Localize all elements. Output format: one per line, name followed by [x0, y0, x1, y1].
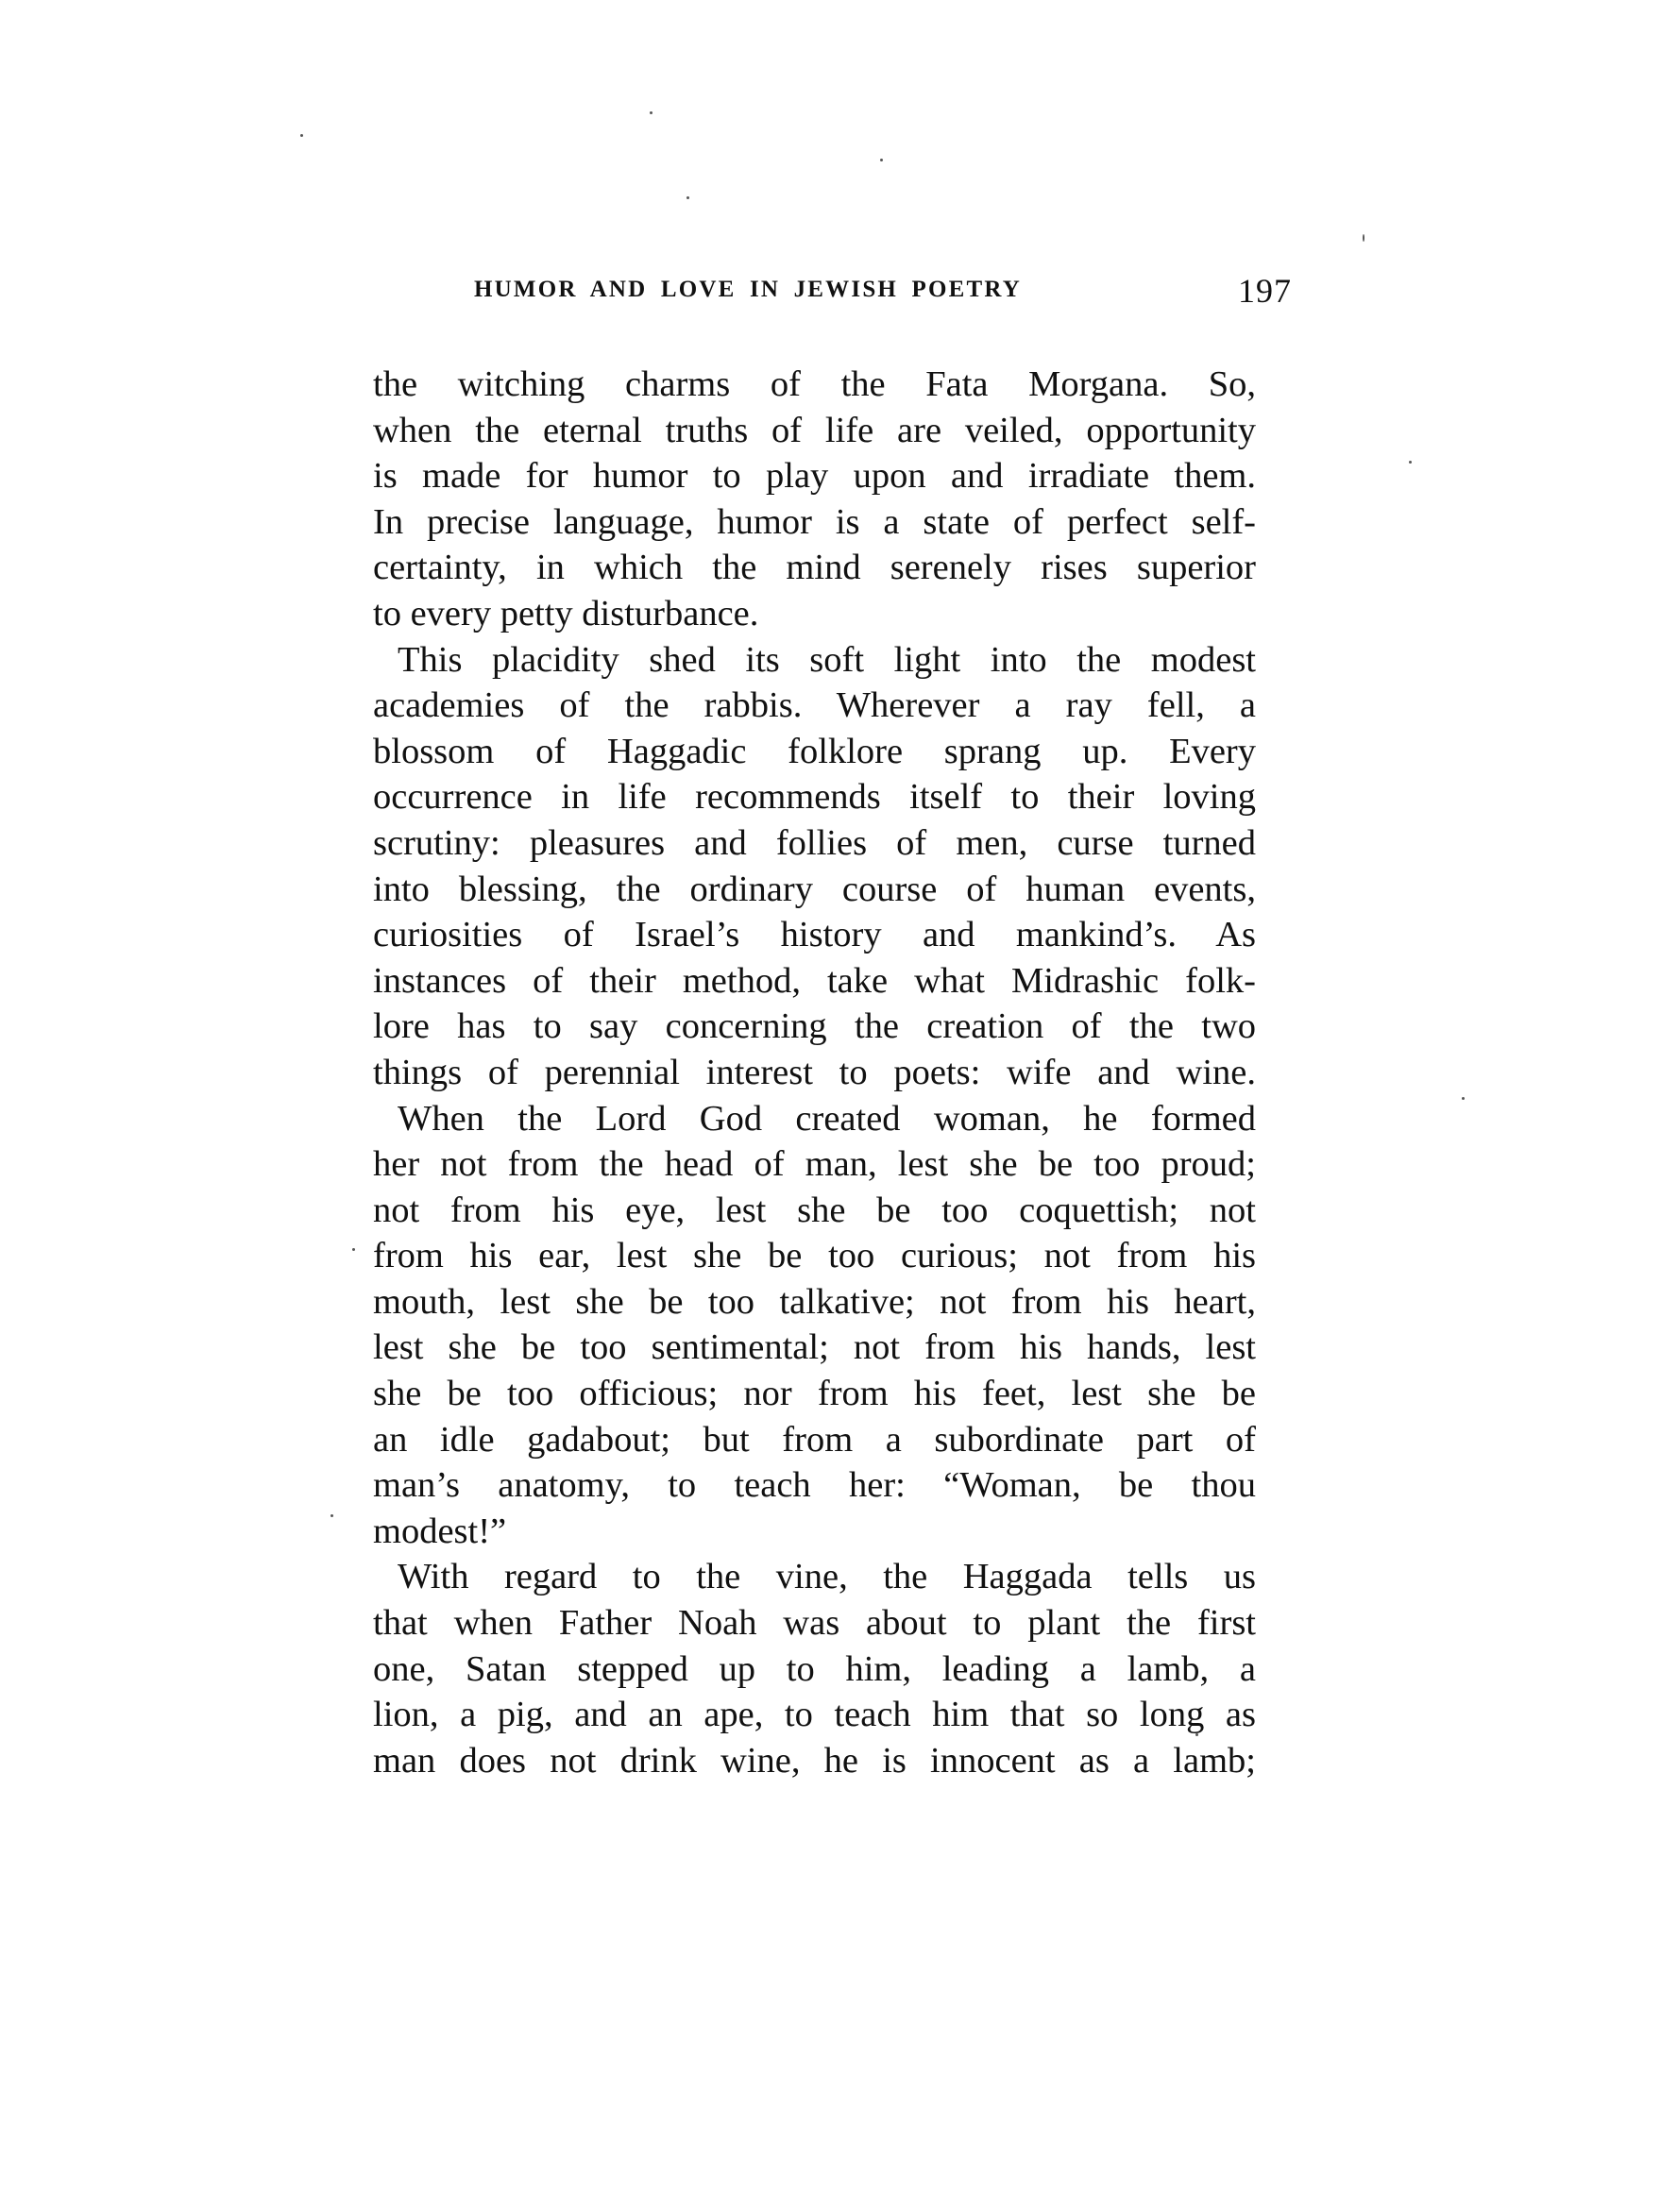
text-line: modest!”	[373, 1509, 1256, 1555]
text-line: occurrence in life recommends itself to …	[373, 774, 1256, 820]
running-title: HUMOR AND LOVE IN JEWISH POETRY	[474, 277, 1022, 303]
paragraph-2: This placidity shed its soft light into …	[373, 637, 1256, 1096]
book-page: HUMOR AND LOVE IN JEWISH POETRY 197 the …	[0, 0, 1661, 2212]
text-line: mouth, lest she be too talkative; not fr…	[373, 1279, 1256, 1326]
running-header: HUMOR AND LOVE IN JEWISH POETRY 197	[474, 277, 1292, 314]
text-line: into blessing, the ordinary course of hu…	[373, 867, 1256, 913]
text-line: she be too officious; nor from his feet,…	[373, 1371, 1256, 1417]
text-line: academies of the rabbis. Wherever a ray …	[373, 683, 1256, 729]
text-line: when the eternal truths of life are veil…	[373, 408, 1256, 454]
text-line: With regard to the vine, the Haggada tel…	[373, 1554, 1256, 1600]
paragraph-1: the witching charms of the Fata Morgana.…	[373, 362, 1256, 637]
text-line: an idle gadabout; but from a subordinate…	[373, 1417, 1256, 1463]
text-line: is made for humor to play upon and irrad…	[373, 453, 1256, 499]
text-line: blossom of Haggadic folklore sprang up. …	[373, 729, 1256, 775]
text-line: lore has to say concerning the creation …	[373, 1004, 1256, 1050]
text-line: things of perennial interest to poets: w…	[373, 1050, 1256, 1096]
text-line: This placidity shed its soft light into …	[373, 637, 1256, 684]
text-line: curiosities of Israel’s history and mank…	[373, 912, 1256, 958]
text-line: lion, a pig, and an ape, to teach him th…	[373, 1692, 1256, 1738]
text-line: the witching charms of the Fata Morgana.…	[373, 362, 1256, 408]
text-line: from his ear, lest she be too curious; n…	[373, 1233, 1256, 1279]
text-line: lest she be too sentimental; not from hi…	[373, 1325, 1256, 1371]
text-line: In precise language, humor is a state of…	[373, 499, 1256, 546]
text-line: not from his eye, lest she be too coquet…	[373, 1188, 1256, 1234]
page-number: 197	[1238, 271, 1292, 311]
text-line: certainty, in which the mind serenely ri…	[373, 545, 1256, 591]
text-line: man’s anatomy, to teach her: “Woman, be …	[373, 1462, 1256, 1509]
text-line: her not from the head of man, lest she b…	[373, 1141, 1256, 1188]
text-line: to every petty disturbance.	[373, 591, 1256, 637]
text-line: one, Satan stepped up to him, leading a …	[373, 1646, 1256, 1693]
paragraph-3: When the Lord God created woman, he form…	[373, 1096, 1256, 1555]
body-text: the witching charms of the Fata Morgana.…	[373, 362, 1256, 1783]
text-line: that when Father Noah was about to plant…	[373, 1600, 1256, 1646]
text-line: man does not drink wine, he is innocent …	[373, 1738, 1256, 1784]
text-line: instances of their method, take what Mid…	[373, 958, 1256, 1005]
text-line: scrutiny: pleasures and follies of men, …	[373, 820, 1256, 867]
paragraph-4: With regard to the vine, the Haggada tel…	[373, 1554, 1256, 1783]
text-line: When the Lord God created woman, he form…	[373, 1096, 1256, 1142]
